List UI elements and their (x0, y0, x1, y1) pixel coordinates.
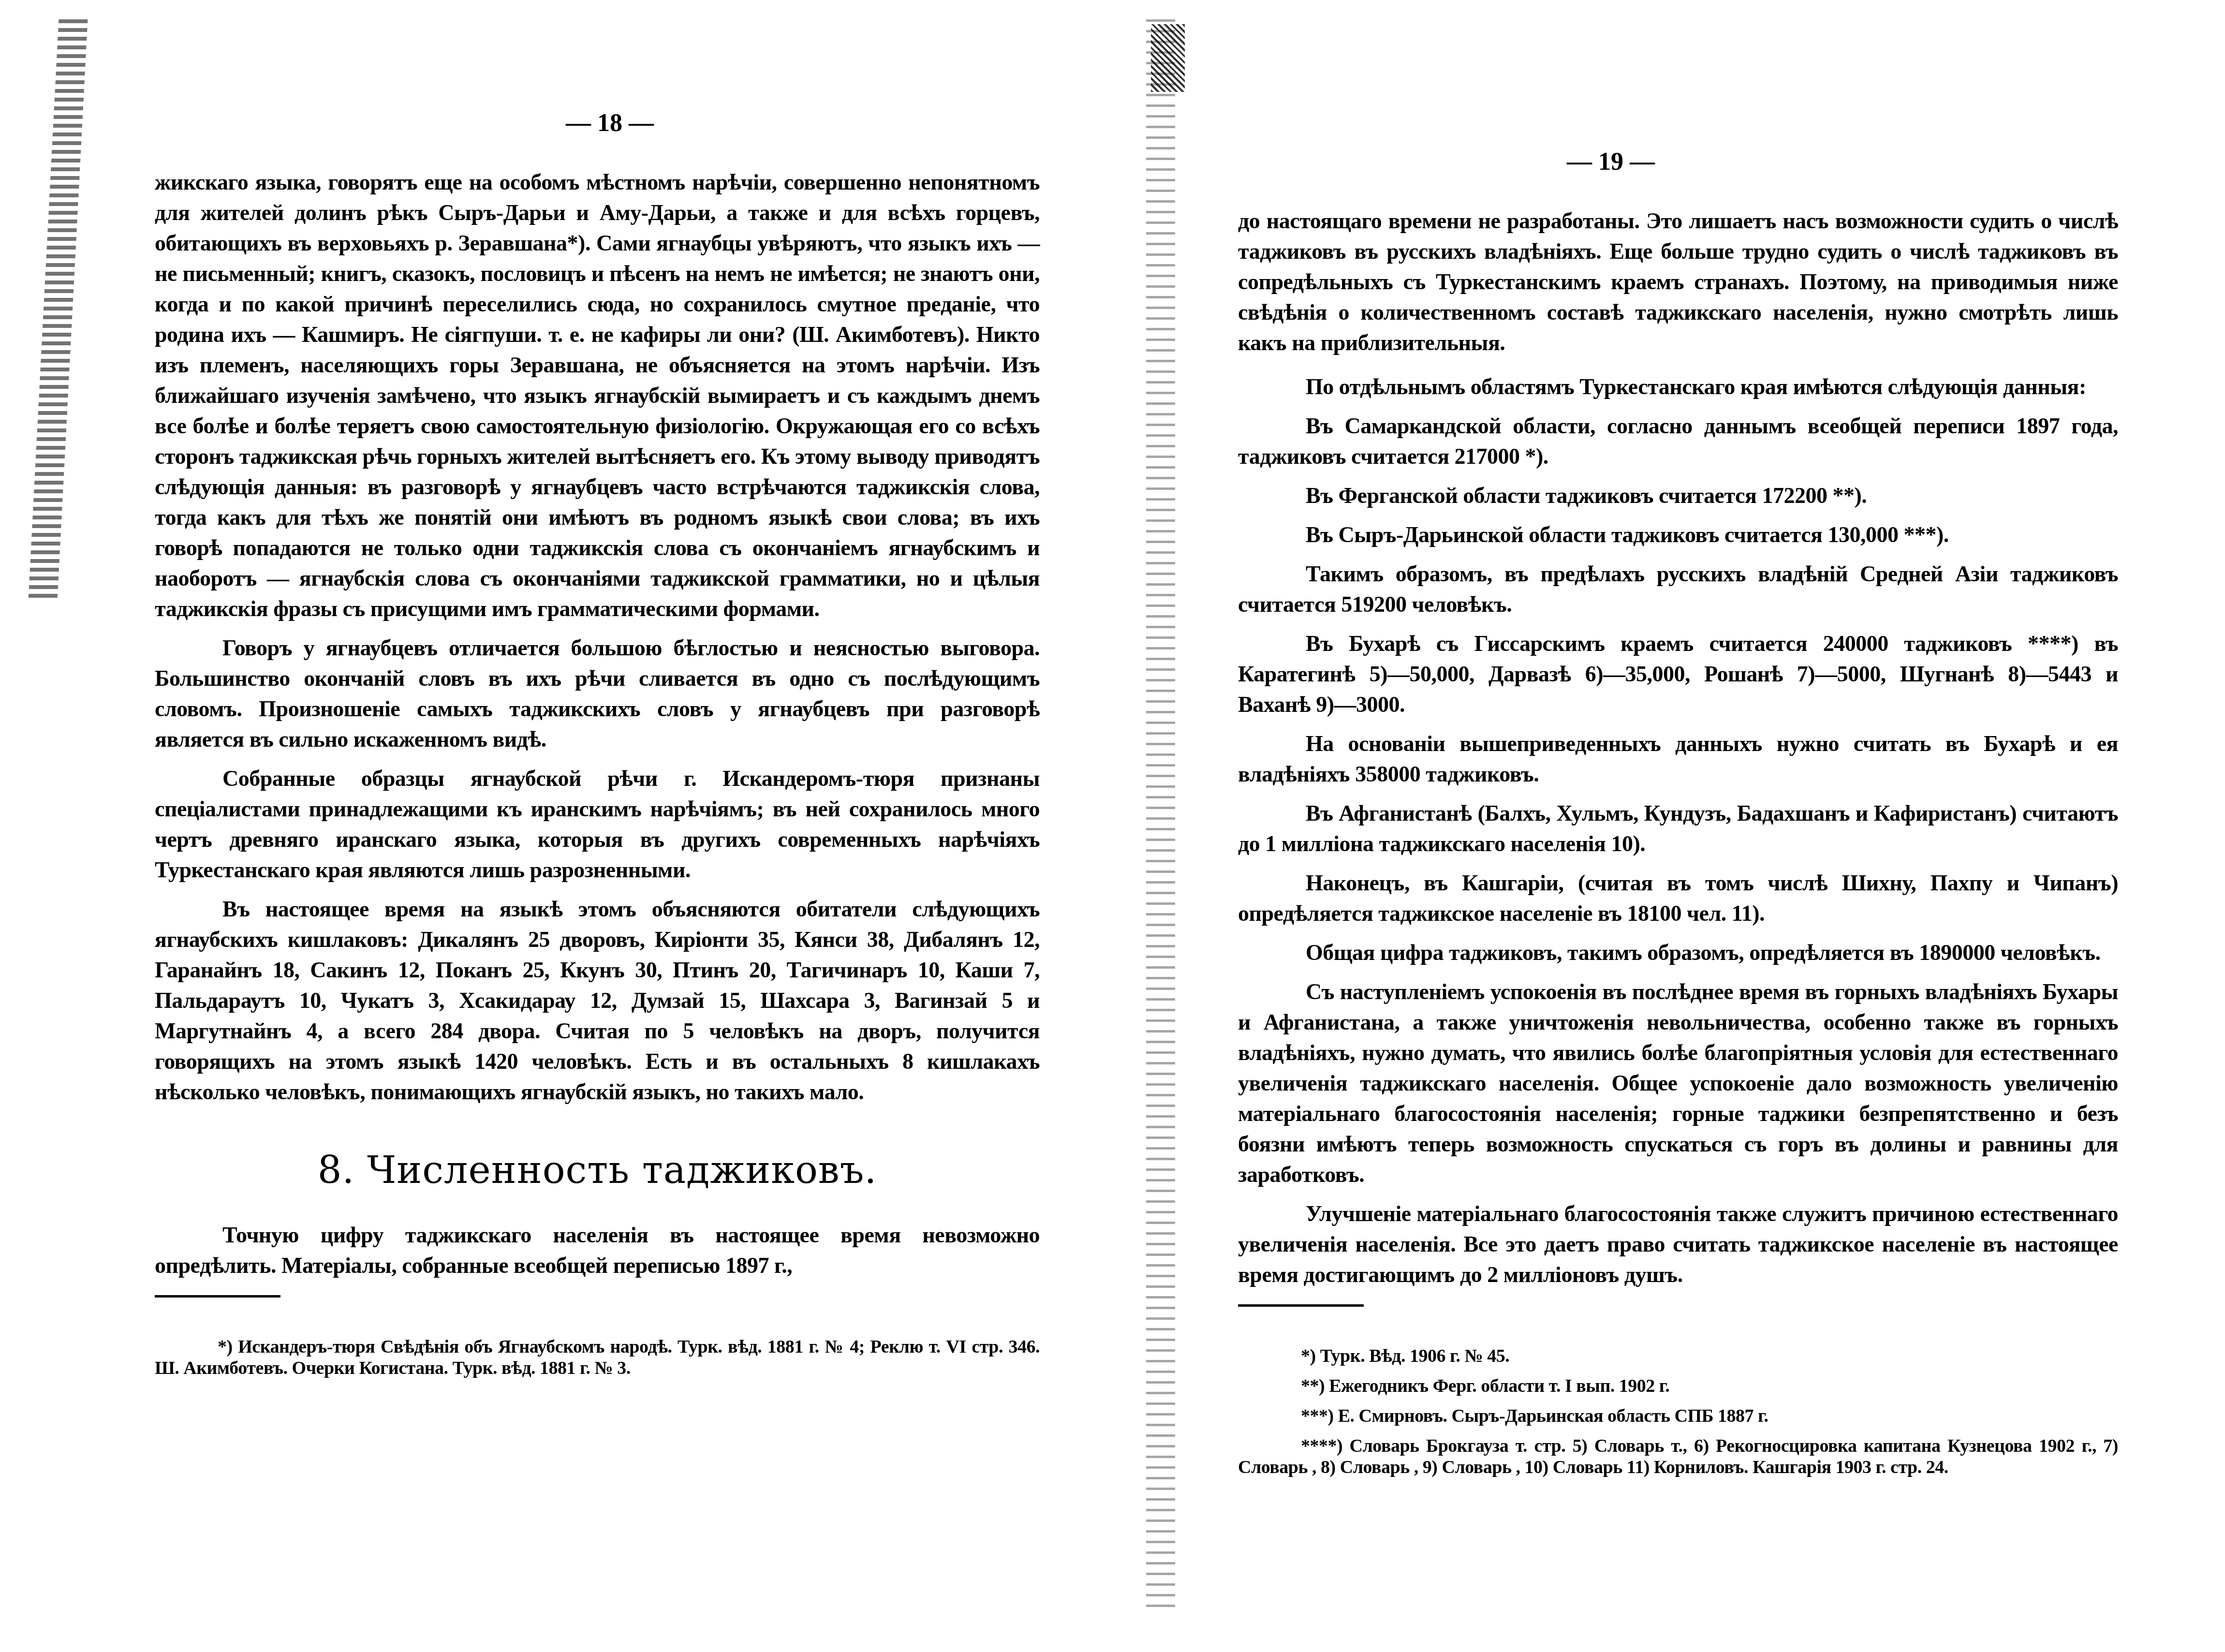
paragraph: Собранные образцы ягнаубской рѣчи г. Иск… (155, 763, 1040, 885)
footnote: *) Искандеръ-тюря Свѣдѣнія объ Ягнаубско… (155, 1336, 1040, 1379)
footnote-rule (155, 1295, 280, 1298)
footnote: ****) Словарь Брокгауза т. стр. 5) Слова… (1238, 1435, 2118, 1478)
footnote-rule (1238, 1304, 1364, 1307)
footnote: **) Ежегодникъ Ферг. области т. I вып. 1… (1238, 1375, 2118, 1397)
paragraph: Въ Ферганской области таджиковъ считаетс… (1238, 480, 2118, 511)
paragraph: Такимъ образомъ, въ предѣлахъ русскихъ в… (1238, 559, 2118, 619)
page-number-right: — 19 — (1567, 147, 1655, 176)
footnotes-left: *) Искандеръ-тюря Свѣдѣнія объ Ягнаубско… (155, 1336, 1040, 1379)
left-page-body: жикскаго языка, говорятъ еще на особомъ … (155, 167, 1040, 1387)
paragraph: Въ Афганистанѣ (Балхъ, Хульмъ, Кундузъ, … (1238, 798, 2118, 859)
paragraph: Общая цифра таджиковъ, такимъ образомъ, … (1238, 937, 2118, 968)
page-number-left: — 18 — (566, 109, 654, 137)
paragraph: Въ Самаркандской области, согласно данны… (1238, 411, 2118, 472)
paragraph: Улучшеніе матеріальнаго благосостоянія т… (1238, 1198, 2118, 1290)
paragraph: Наконецъ, въ Кашгаріи, (считая въ томъ ч… (1238, 868, 2118, 929)
paragraph: По отдѣльнымъ областямъ Туркестанскаго к… (1238, 371, 2118, 402)
paragraph: жикскаго языка, говорятъ еще на особомъ … (155, 167, 1040, 624)
section-heading: 8. Численность таджиковъ. (155, 1155, 1040, 1186)
book-spine-left-edge (29, 19, 88, 600)
book-spine-gutter (1146, 19, 1175, 1615)
right-page-body: до настоящаго времени не разработаны. Эт… (1238, 206, 2118, 1487)
paragraph: Говоръ у ягнаубцевъ отличается большою б… (155, 633, 1040, 754)
paragraph: до настоящаго времени не разработаны. Эт… (1238, 206, 2118, 358)
footnote: ***) Е. Смирновъ. Сыръ-Дарьинская област… (1238, 1405, 2118, 1427)
paragraph: Въ настоящее время на языкѣ этомъ объясн… (155, 894, 1040, 1107)
footnote: *) Турк. Вѣд. 1906 г. № 45. (1238, 1345, 2118, 1367)
paragraph: Въ Бухарѣ съ Гиссарскимъ краемъ считаетс… (1238, 628, 2118, 720)
paragraph: Въ Сыръ-Дарьинской области таджиковъ счи… (1238, 519, 2118, 550)
gutter-shadow (1151, 24, 1185, 92)
paragraph: Точную цифру таджикскаго населенія въ на… (155, 1220, 1040, 1281)
footnotes-right: *) Турк. Вѣд. 1906 г. № 45. **) Ежегодни… (1238, 1345, 2118, 1478)
paragraph: Съ наступленіемъ успокоенія въ послѣднее… (1238, 976, 2118, 1190)
paragraph: На основаніи вышеприведенныхъ данныхъ ну… (1238, 728, 2118, 789)
